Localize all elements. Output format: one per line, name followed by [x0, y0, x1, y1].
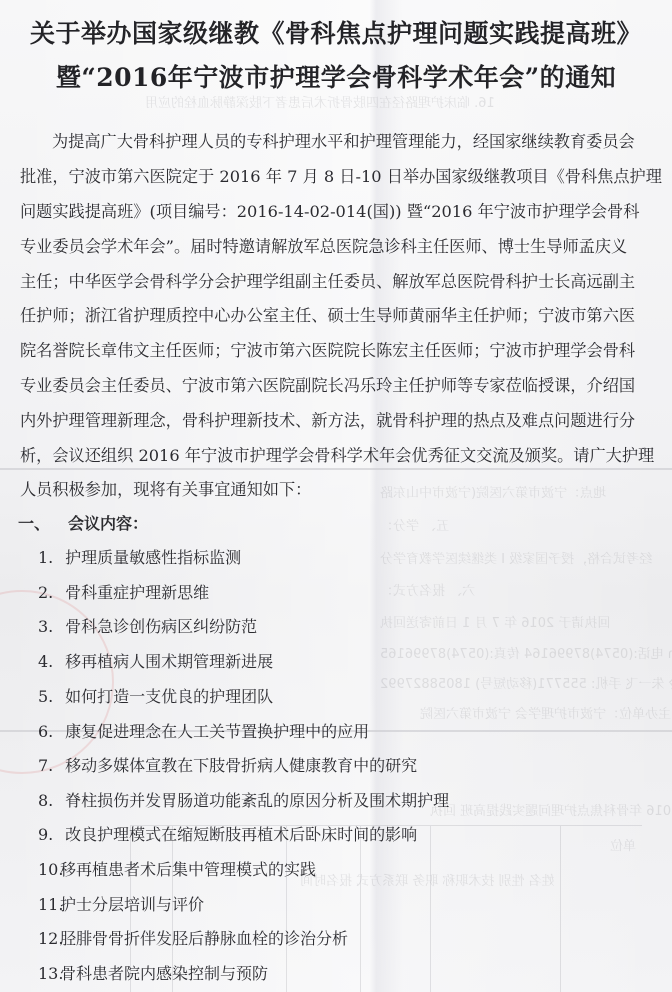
- body-text-line: 专业委员会主任委员、宁波市第六医院副院长冯乐玲主任护师等专家莅临授课，介绍国: [20, 372, 635, 396]
- section-heading-meeting-content: 一、会议内容：: [18, 511, 148, 534]
- list-item: 4. 移再植病人围术期管理新进展: [38, 649, 273, 672]
- list-item: 10.移再植患者术后集中管理模式的实践: [38, 857, 316, 880]
- list-item: 13.骨科患者院内感染控制与预防: [38, 961, 268, 984]
- body-text-line: 任护师；浙江省护理质控中心办公室主任、硕士生导师黄丽华主任护师；宁波市第六医: [20, 302, 635, 326]
- body-text-line: 院名誉院长章伟文主任医师；宁波市第六医院院长陈宏主任医师；宁波市护理学会骨科: [20, 337, 635, 361]
- paper-fold-line: [0, 468, 672, 470]
- bleed-through-text: 经考试合格，授予国家级 I 类继续医学教育学分: [380, 548, 652, 567]
- bleed-through-text: 五、 学分：: [380, 515, 449, 534]
- section-number: 一、: [18, 511, 68, 534]
- bleed-through-text: 主办单位：宁波市护理学会 宁波市第六医院: [420, 703, 671, 722]
- list-item: 9. 改良护理模式在缩短断肢再植术后卧床时间的影响: [38, 822, 417, 845]
- body-text-line: 专业委员会学术年会”。届时特邀请解放军总医院急诊科主任医师、博士生导师孟庆义: [20, 233, 627, 257]
- body-text-line: 析，会议还组织 2016 年宁波市护理学会骨科学术年会优秀征文交流及颁奖。请广大…: [20, 442, 654, 466]
- list-item: 11.护士分层培训与评价: [38, 892, 204, 915]
- body-text-line: 问题实践提高班》(项目编号：2016-14-02-014(国)) 暨“2016 …: [20, 198, 639, 222]
- list-item: 1. 护理质量敏感性指标监测: [38, 545, 241, 568]
- bleed-through-text: 2016 年骨科焦点护理问题实践提高班 回执: [430, 800, 672, 819]
- document-title-line-1: 关于举办国家级继教《骨科焦点护理问题实践提高班》: [0, 14, 672, 50]
- bleed-through-text: 16. 临床护理路径在四肢骨折术后患者下肢深静脉血栓的应用: [145, 92, 495, 111]
- list-item: 8. 脊柱损伤并发胃肠道功能紊乱的原因分析及围术期护理: [38, 788, 449, 811]
- document-title-line-2: 暨“2016年宁波市护理学会骨科学术年会”的通知: [0, 58, 672, 94]
- body-text-line: 主任；中华医学会骨科学分会护理学组副主任委员、解放军总医院骨科护士长高远副主: [20, 268, 635, 292]
- body-text-line: 为提高广大骨科护理人员的专科护理水平和护理管理能力，经国家继续教育委员会: [52, 128, 635, 152]
- list-item: 12.胫腓骨骨折伴发胫后静脉血栓的诊治分析: [38, 926, 348, 949]
- bleed-through-text: E-mail: nbdlyyhlb@126.com 电话:(0574)87996…: [380, 643, 672, 662]
- body-text-line: 批准，宁波市第六医院定于 2016 年 7 月 8 日-10 日举办国家级继教项…: [20, 163, 662, 187]
- list-item: 3. 骨科急诊创伤病区纠纷防范: [38, 614, 257, 637]
- body-text-line: 人员积极参加，现将有关事宜通知如下：: [20, 476, 311, 500]
- list-item: 2. 骨科重症护理新思维: [38, 580, 209, 603]
- list-item: 7. 移动多媒体宣教在下肢骨折病人健康教育中的研究: [38, 753, 417, 776]
- section-label: 会议内容：: [68, 514, 148, 533]
- list-item: 6. 康复促进理念在人工关节置换护理中的应用: [38, 719, 369, 742]
- list-item: 5. 如何打造一支优良的护理团队: [38, 684, 273, 707]
- bleed-through-text: 地点：宁波市第六医院(宁波市中山东路: [380, 482, 606, 501]
- bleed-through-text: 六、 报名方式：: [380, 580, 475, 599]
- body-text-line: 内外护理管理新理念，骨科护理新技术、新方法，就骨科护理的热点及难点问题进行分: [20, 407, 635, 431]
- bleed-through-text: 回执请于 2016 年 7 月 1 日前寄送回执: [380, 612, 610, 631]
- bleed-through-text: 联系人: 冯乐玲 朱一飞 手机: 555771(移动短号) 1805882799…: [380, 673, 672, 692]
